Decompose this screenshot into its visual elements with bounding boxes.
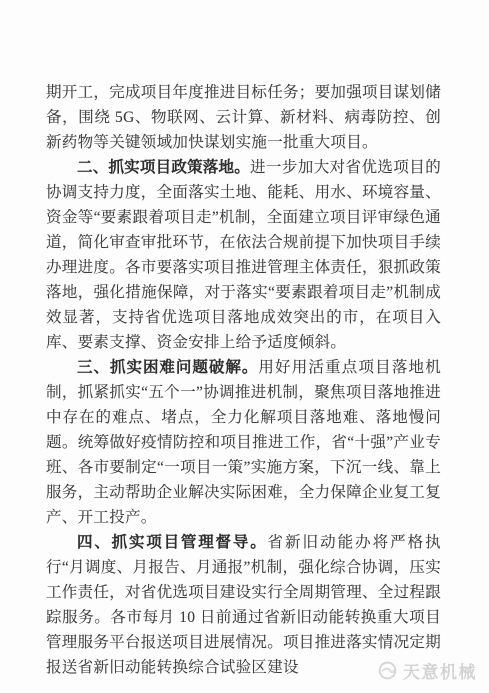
document-page: 期开工，完成项目年度推进目标任务；要加强项目谋划储备，围绕 5G、物联网、云计算…: [0, 0, 489, 693]
paragraph-section-2: 二、抓实项目政策落地。进一步加大对省优选项目的协调支持力度，全面落实土地、能耗、…: [46, 155, 441, 355]
paragraph-continuation: 期开工，完成项目年度推进目标任务；要加强项目谋划储备，围绕 5G、物联网、云计算…: [46, 80, 441, 155]
section-heading-2: 二、抓实项目政策落地。: [77, 159, 250, 176]
paragraph-text: 省新旧动能办将严格执行“月调度、月报告、月通报”机制，强化综合协调，压实工作责任…: [46, 534, 441, 676]
watermark-text: 天意机械: [403, 658, 477, 683]
paragraph-text: 进一步加大对省优选项目的协调支持力度，全面落实土地、能耗、用水、环境容量、资金等…: [46, 159, 441, 351]
brand-logo-icon: [377, 660, 398, 681]
document-body: 期开工，完成项目年度推进目标任务；要加强项目谋划储备，围绕 5G、物联网、云计算…: [46, 80, 441, 680]
section-heading-3: 三、抓实困难问题破解。: [77, 359, 258, 376]
watermark: 天意机械: [377, 658, 477, 683]
paragraph-section-3: 三、抓实困难问题破解。用好用活重点项目落地机制，抓紧抓实“五个一”协调推进机制，…: [46, 355, 441, 530]
paragraph-text: 期开工，完成项目年度推进目标任务；要加强项目谋划储备，围绕 5G、物联网、云计算…: [46, 84, 441, 151]
section-heading-4: 四、抓实项目管理督导。: [77, 534, 268, 551]
page-number: 2: [0, 632, 489, 643]
paragraph-text: 用好用活重点项目落地机制，抓紧抓实“五个一”协调推进机制，聚焦项目落地推进中存在…: [46, 359, 441, 526]
